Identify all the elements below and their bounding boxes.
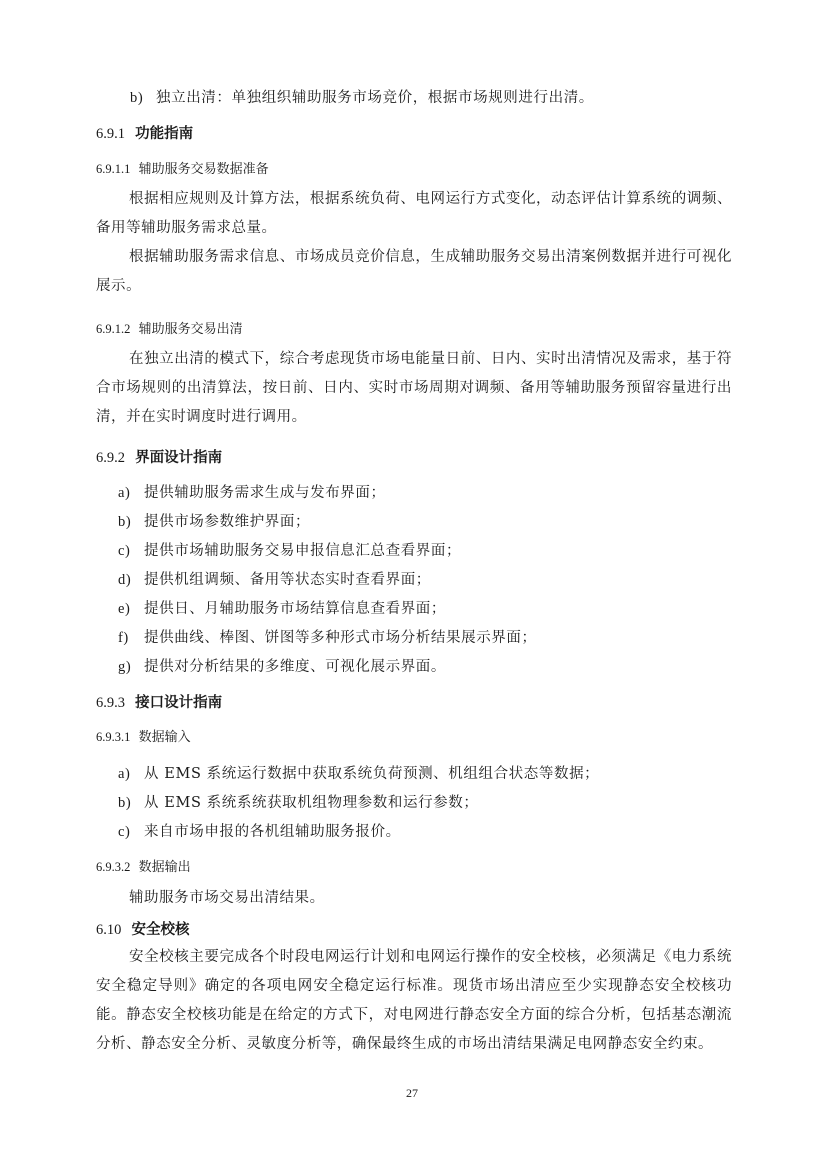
list-item: a)提供辅助服务需求生成与发布界面；: [118, 481, 386, 502]
section-title: 辅助服务交易出清: [139, 322, 243, 337]
section-title: 辅助服务交易数据准备: [139, 162, 269, 177]
list-item: a)从 EMS 系统运行数据中获取系统负荷预测、机组组合状态等数据；: [118, 762, 599, 783]
list-item: c)来自市场申报的各机组辅助服务报价。: [118, 820, 401, 841]
section-title: 功能指南: [135, 126, 193, 142]
list-item: c)提供市场辅助服务交易申报信息汇总查看界面；: [118, 539, 461, 560]
section-number: 6.9.2: [96, 450, 125, 466]
section-number: 6.9.3: [96, 695, 125, 711]
section-heading-6-9-1: 6.9.1 功能指南: [96, 122, 193, 143]
page-number: 27: [406, 1086, 418, 1101]
list-item: b)从 EMS 系统系统获取机组物理参数和运行参数；: [118, 791, 478, 812]
section-number: 6.9.1.1: [96, 162, 130, 176]
section-title: 数据输出: [139, 860, 191, 875]
section-number: 6.10: [96, 922, 121, 938]
list-marker: d): [118, 572, 144, 589]
section-heading-6-10: 6.10 安全校核: [96, 918, 189, 939]
list-marker: f): [118, 630, 144, 647]
section-heading-6-9-1-2: 6.9.1.2 辅助服务交易出清: [96, 318, 243, 337]
paragraph: 根据相应规则及计算方法，根据系统负荷、电网运行方式变化，动态评估计算系统的调频、…: [96, 185, 732, 243]
list-marker: e): [118, 601, 144, 618]
list-marker: a): [118, 766, 144, 783]
list-item: b)提供市场参数维护界面；: [118, 510, 310, 531]
list-item-text: 提供市场辅助服务交易申报信息汇总查看界面；: [144, 543, 461, 559]
list-marker: b): [118, 795, 144, 812]
list-item-text: 提供曲线、棒图、饼图等多种形式市场分析结果展示界面；: [144, 630, 537, 646]
list-item: e)提供日、月辅助服务市场结算信息查看界面；: [118, 597, 446, 618]
list-item-text: 提供机组调频、备用等状态实时查看界面；: [144, 572, 431, 588]
section-title: 界面设计指南: [135, 450, 222, 466]
list-item-text: 从 EMS 系统运行数据中获取系统负荷预测、机组组合状态等数据；: [144, 766, 599, 782]
list-item-text: 提供日、月辅助服务市场结算信息查看界面；: [144, 601, 446, 617]
paragraph: 安全校核主要完成各个时段电网运行计划和电网运行操作的安全校核，必须满足《电力系统…: [96, 943, 732, 1059]
list-item-text: 来自市场申报的各机组辅助服务报价。: [144, 824, 401, 840]
list-marker: g): [118, 659, 144, 676]
section-title: 接口设计指南: [135, 695, 222, 711]
section-number: 6.9.3.2: [96, 860, 130, 874]
paragraph: 根据辅助服务需求信息、市场成员竞价信息，生成辅助服务交易出清案例数据并进行可视化…: [96, 243, 732, 301]
list-marker: a): [118, 485, 144, 502]
list-item: f)提供曲线、棒图、饼图等多种形式市场分析结果展示界面；: [118, 626, 537, 647]
list-item-text: 从 EMS 系统系统获取机组物理参数和运行参数；: [144, 795, 478, 811]
intro-list-item: b)独立出清：单独组织辅助服务市场竞价，根据市场规则进行出清。: [130, 86, 594, 107]
list-item: d)提供机组调频、备用等状态实时查看界面；: [118, 568, 431, 589]
section-number: 6.9.1: [96, 126, 125, 142]
list-marker: c): [118, 543, 144, 560]
list-item-text: 提供市场参数维护界面；: [144, 514, 310, 530]
paragraph: 辅助服务市场交易出清结果。: [96, 884, 732, 913]
list-item: g)提供对分析结果的多维度、可视化展示界面。: [118, 655, 446, 676]
list-marker: c): [118, 824, 144, 841]
list-marker: b): [118, 514, 144, 531]
section-number: 6.9.3.1: [96, 730, 130, 744]
list-item-text: 独立出清：单独组织辅助服务市场竞价，根据市场规则进行出清。: [156, 90, 594, 106]
section-number: 6.9.1.2: [96, 322, 130, 336]
list-item-text: 提供辅助服务需求生成与发布界面；: [144, 485, 386, 501]
paragraph: 在独立出清的模式下，综合考虑现货市场电能量日前、日内、实时出清情况及需求，基于符…: [96, 345, 732, 432]
section-title: 数据输入: [139, 730, 191, 745]
section-heading-6-9-3-2: 6.9.3.2 数据输出: [96, 856, 191, 875]
document-page: b)独立出清：单独组织辅助服务市场竞价，根据市场规则进行出清。 6.9.1 功能…: [0, 0, 827, 1169]
section-heading-6-9-2: 6.9.2 界面设计指南: [96, 446, 222, 467]
section-title: 安全校核: [131, 922, 189, 938]
section-heading-6-9-3-1: 6.9.3.1 数据输入: [96, 726, 191, 745]
section-heading-6-9-3: 6.9.3 接口设计指南: [96, 691, 222, 712]
section-heading-6-9-1-1: 6.9.1.1 辅助服务交易数据准备: [96, 158, 269, 177]
list-item-text: 提供对分析结果的多维度、可视化展示界面。: [144, 659, 446, 675]
list-marker: b): [130, 90, 156, 107]
